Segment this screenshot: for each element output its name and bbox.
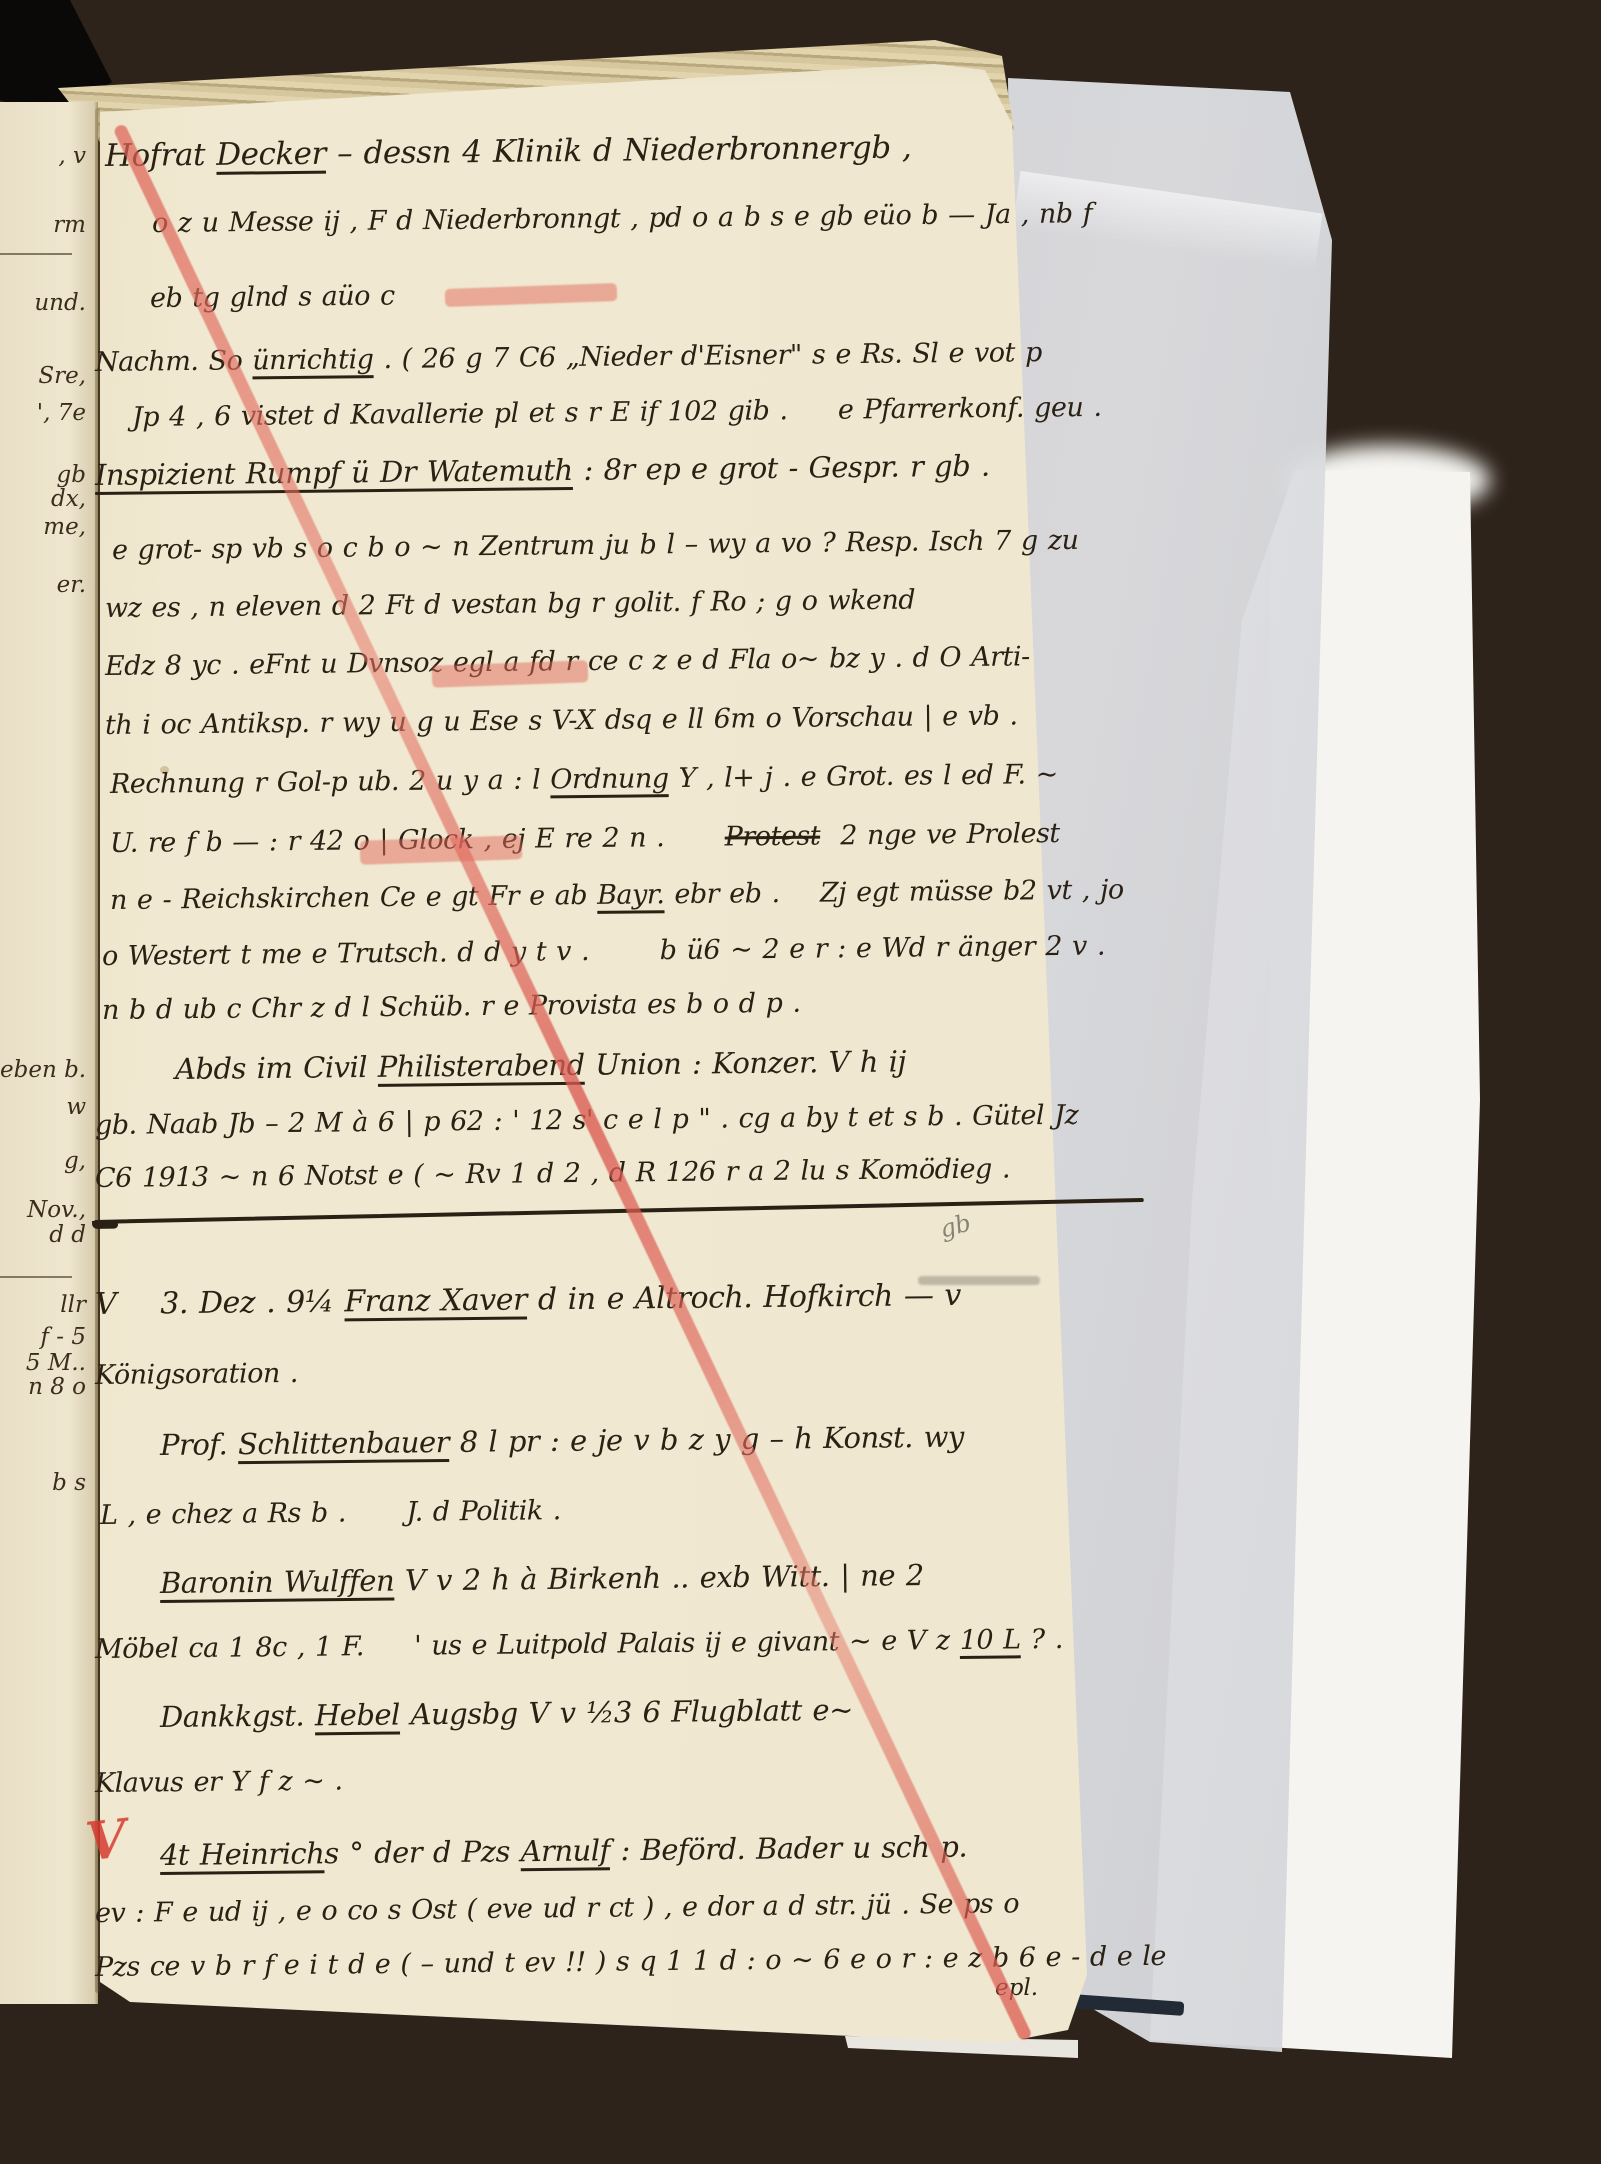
handwriting-line: L , e chez a Rs b . J. d Politik . bbox=[100, 1495, 561, 1531]
handwriting-line: C6 1913 ~ n 6 Notst e ( ~ Rv 1 d 2 , d R… bbox=[95, 1153, 1010, 1194]
handwriting-line: Rechnung r Gol-p ub. 2 u y a : l Ordnung… bbox=[110, 759, 1058, 800]
handwriting-line: n e - Reichskirchen Ce e gt Fr e ab Bayr… bbox=[110, 874, 1124, 916]
handwriting-line: Inspizient Rumpf ü Dr Watemuth : 8r ep e… bbox=[95, 449, 990, 492]
photo-canvas: , vrmund.Sre,', 7egbdx,me,er.eben b.wg,N… bbox=[0, 0, 1601, 2164]
handwriting-line: Prof. Schlittenbauer 8 l pr : e je v b z… bbox=[160, 1420, 964, 1462]
red-checkmark: V bbox=[83, 1808, 130, 1873]
handwriting-line: n b d ub c Chr z d l Schüb. r e Provista… bbox=[102, 988, 801, 1026]
handwriting-line: V 3. Dez . 9¼ Franz Xaver d in e Altroch… bbox=[95, 1278, 961, 1322]
handwriting-line: th i oc Antiksp. r wy u g u Ese s V-X ds… bbox=[105, 700, 1018, 741]
handwriting-line: Jp 4 , 6 vistet d Kavallerie pl et s r E… bbox=[132, 392, 1102, 433]
handwriting-line: Möbel ca 1 8c , 1 F. ' us e Luitpold Pal… bbox=[95, 1624, 1063, 1665]
handwriting-line: e grot- sp vb s o c b o ~ n Zentrum ju b… bbox=[112, 525, 1079, 566]
handwriting-line: Hofrat Decker – dessn 4 Klinik d Niederb… bbox=[105, 130, 912, 174]
ink-divider-rule bbox=[94, 1198, 1144, 1224]
handwriting-line: Königsoration . bbox=[95, 1358, 298, 1391]
handwriting-line: U. re f b — : r 42 o | Glock , ej E re 2… bbox=[110, 818, 1060, 859]
handwriting-line: ev : F e ud ij , e o co s Ost ( eve ud r… bbox=[95, 1888, 1019, 1929]
handwriting-line: Abds im Civil Philisterabend Union : Kon… bbox=[175, 1044, 906, 1086]
handwriting-layer: gb epl. Hofrat Decker – dessn 4 Klinik d… bbox=[0, 0, 1601, 2164]
handwriting-line: Dankkgst. Hebel Augsbg V v ½3 6 Flugblat… bbox=[160, 1693, 853, 1734]
handwriting-line: Klavus er Y f z ~ . bbox=[95, 1765, 343, 1799]
handwriting-line: 4t Heinrichs ° der d Pzs Arnulf : Beförd… bbox=[160, 1830, 967, 1872]
handwriting-line: o z u Messe ij , F d Niederbronngt , pd … bbox=[152, 198, 1093, 239]
pencil-annotation: gb bbox=[937, 1208, 974, 1243]
handwriting-line: wz es , n eleven d 2 Ft d vestan bg r go… bbox=[105, 585, 915, 624]
handwriting-line: o Westert t me e Trutsch. d d y t v . b … bbox=[102, 930, 1105, 972]
